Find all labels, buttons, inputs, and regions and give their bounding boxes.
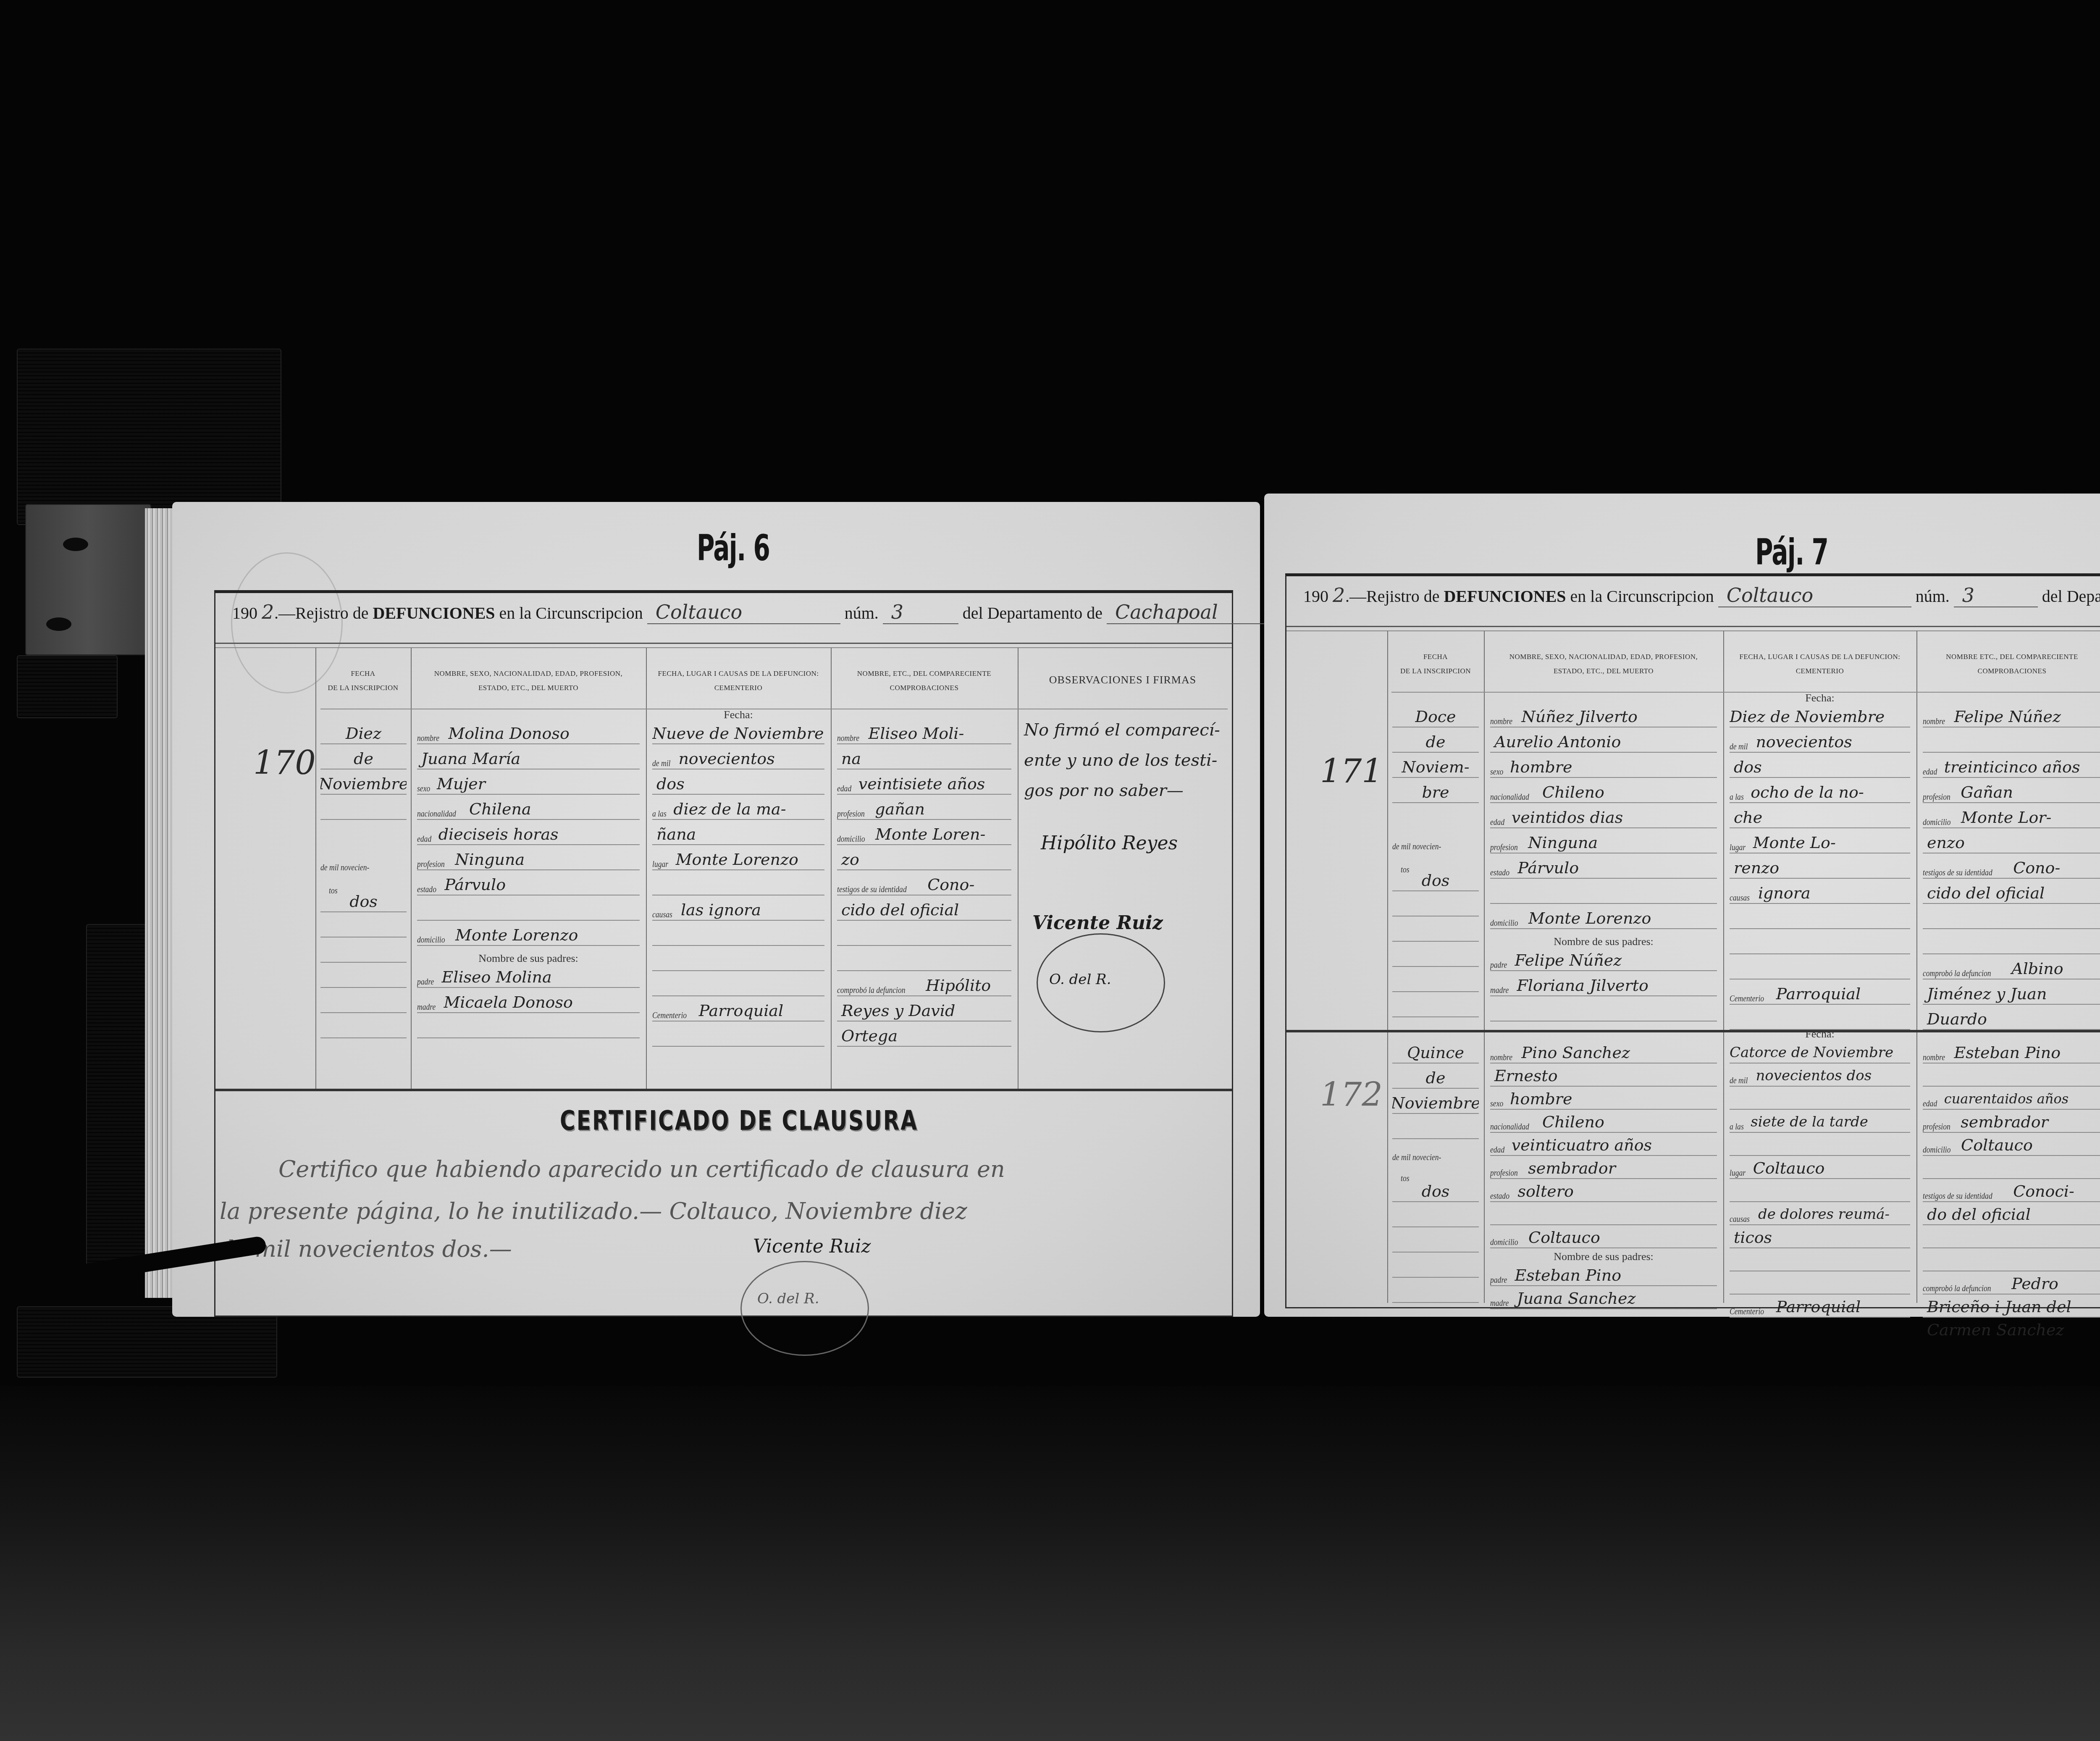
ruled-line: dos	[652, 769, 824, 795]
ruled-line: estadosoltero	[1490, 1177, 1717, 1202]
ruled-line	[1392, 967, 1479, 992]
col-header-defuncion: FECHA, LUGAR I CAUSAS DE LA DEFUNCION: C…	[646, 667, 831, 695]
field-label: a las	[1730, 791, 1744, 802]
entry-divider	[1286, 1030, 2100, 1032]
entry-number: 171	[1320, 753, 1383, 790]
ruled-line: de	[320, 744, 407, 769]
ruled-line	[652, 1021, 824, 1047]
year-handwritten: 2	[1333, 584, 1341, 607]
ruled-line	[1392, 1253, 1479, 1278]
column-divider	[1387, 631, 1388, 1303]
ruled-line	[320, 963, 407, 988]
field-label: sexo	[1490, 766, 1503, 777]
signature-flourish	[740, 1261, 869, 1356]
wooden-clamp-left-upper	[25, 504, 151, 655]
double-rule	[1286, 626, 2100, 631]
column-divider	[315, 648, 316, 1089]
ruled-line	[652, 971, 824, 996]
certificate-line: la presente página, lo he inutilizado.— …	[220, 1198, 967, 1224]
ruled-line: edadcuarentaidos años	[1923, 1085, 2100, 1110]
ruled-line: dos	[320, 887, 407, 912]
col-header-compareciente: NOMBRE ETC., DEL COMPARECIENTE COMPROBAC…	[1916, 650, 2100, 678]
field-label: Cementerio	[1730, 1306, 1764, 1317]
ruled-line	[1730, 954, 1910, 979]
ruled-line	[1923, 904, 2100, 929]
field-label: edad	[417, 833, 431, 844]
certificate-title: CERTIFICADO DE CLAUSURA	[560, 1106, 918, 1137]
field-label: profesion	[1923, 791, 1950, 802]
ruled-line: nombrePino Sanchez	[1490, 1038, 1717, 1064]
ruled-line: de	[1392, 1064, 1479, 1089]
ruled-line: bre	[1392, 778, 1479, 803]
col-header-compareciente: NOMBRE, ETC., DEL COMPARECIENTE COMPROBA…	[831, 667, 1018, 695]
year-handwritten: 2	[262, 601, 270, 623]
ruled-line	[320, 912, 407, 937]
ruled-line: profesionGañan	[1923, 778, 2100, 803]
ruled-line: dos	[1392, 1177, 1479, 1202]
ruled-line: causasde dolores reumá-	[1730, 1200, 1910, 1225]
ruled-line: Doce	[1392, 702, 1479, 727]
field-label: domicilio	[1490, 1237, 1518, 1247]
certificate-line: Certifico que habiendo aparecido un cert…	[278, 1156, 1005, 1182]
ruled-line	[1730, 1131, 1910, 1156]
register-heading: 1902 .—Rejistro de DEFUNCIONES en la Cir…	[232, 601, 1223, 638]
ruled-line: Aurelio Antonio	[1490, 727, 1717, 753]
ruled-line	[1392, 916, 1479, 942]
ruled-line: renzo	[1730, 853, 1910, 879]
field-label: estado	[1490, 867, 1509, 878]
ruled-line	[1730, 1246, 1910, 1271]
ruled-line: lugarColtauco	[1730, 1154, 1910, 1179]
entry-170-observaciones: No firmó el comparecí- ente y uno de los…	[1024, 715, 1226, 1051]
entry-number: 170	[253, 744, 316, 782]
screw-hole	[46, 617, 71, 631]
wooden-board-left-bottom	[17, 1306, 277, 1378]
field-label: testigos de su identidad	[1923, 867, 1992, 878]
field-label: causas	[1730, 892, 1750, 903]
observation-note: No firmó el comparecí- ente y uno de los…	[1024, 715, 1220, 806]
ruled-line: padreEliseo Molina	[417, 963, 640, 988]
field-label: padre	[417, 976, 434, 987]
page-number: Páj. 7	[1755, 531, 1828, 573]
ruled-line	[1730, 1269, 1910, 1295]
field-label: domicilio	[1490, 917, 1518, 928]
ruled-line: do del oficial	[1923, 1200, 2100, 1225]
ruled-line	[1392, 1202, 1479, 1227]
ruled-line: a lasocho de la no-	[1730, 778, 1910, 803]
field-label: nombre	[1490, 716, 1512, 727]
ruled-line: domicilioMonte Lor-	[1923, 803, 2100, 828]
col-header-fecha-inscripcion: FECHA DE LA INSCRIPCION	[315, 667, 411, 695]
field-label: lugar	[652, 859, 668, 869]
wooden-board-left-mid	[17, 655, 118, 718]
ruled-line	[652, 870, 824, 895]
ruled-line: Briceño i Juan del	[1923, 1292, 2100, 1318]
ruled-line: lugarMonte Lo-	[1730, 828, 1910, 853]
ruled-line	[1923, 1223, 2100, 1248]
ruled-line: padreFelipe Núñez	[1490, 946, 1717, 971]
ruled-line: Nueve de Noviembre	[652, 719, 824, 744]
ruled-line: madreMicaela Donoso	[417, 988, 640, 1013]
field-label: profesion	[1490, 842, 1518, 853]
ruled-line: Quince	[1392, 1038, 1479, 1064]
page-right: Páj. 7 SECRETARÍA MUNICIPAL de CACHAPOAL…	[1264, 494, 2100, 1317]
section-divider	[215, 1089, 1232, 1091]
signature-officer: Vicente Ruiz	[1032, 912, 1163, 934]
ruled-line: Duardo	[1923, 1005, 2100, 1030]
ruled-line: enzo	[1923, 828, 2100, 853]
column-divider	[1018, 648, 1018, 1089]
ruled-line: CementerioParroquial	[1730, 1292, 1910, 1318]
entry-number: 172	[1320, 1076, 1383, 1114]
ruled-line: profesionsembrador	[1490, 1154, 1717, 1179]
ruled-line: domicilioMonte Loren-	[837, 820, 1011, 845]
field-label: edad	[1490, 817, 1504, 827]
ruled-line: nombreFelipe Núñez	[1923, 702, 2100, 727]
ruled-line: nacionalidadChileno	[1490, 1108, 1717, 1133]
num-field: 3	[883, 601, 958, 624]
ruled-line	[1490, 879, 1717, 904]
column-divider	[646, 648, 647, 1089]
ruled-line: Diez de Noviembre	[1730, 702, 1910, 727]
ruled-line: na	[837, 744, 1011, 769]
field-label: profesion	[837, 808, 865, 819]
ruled-line: Catorce de Noviembre	[1730, 1038, 1910, 1064]
ruled-line: edadveinticuatro años	[1490, 1131, 1717, 1156]
ruled-line: Reyes y David	[837, 996, 1011, 1021]
col-header-nombre: NOMBRE, SEXO, NACIONALIDAD, EDAD, PROFES…	[1484, 650, 1723, 678]
field-label: domicilio	[1923, 817, 1950, 827]
ruled-line: nacionalidadChilena	[417, 795, 640, 820]
ruled-line: Jiménez y Juan	[1923, 979, 2100, 1005]
field-label: estado	[417, 884, 436, 895]
ruled-line: Noviem-	[1392, 753, 1479, 778]
field-label: madre	[1490, 1297, 1509, 1308]
ruled-line: de milnovecientos	[1730, 727, 1910, 753]
page-number: Páj. 6	[697, 527, 769, 569]
register-heading: 1902 .—Rejistro de DEFUNCIONES en la Cir…	[1303, 584, 2100, 622]
ruled-line	[652, 921, 824, 946]
ruled-line: CementerioParroquial	[652, 996, 824, 1021]
col-header-defuncion: FECHA, LUGAR I CAUSAS DE LA DEFUNCION: C…	[1723, 650, 1916, 678]
field-label: edad	[837, 783, 851, 794]
ruled-line: edaddieciseis horas	[417, 820, 640, 845]
circunscripcion-field: Coltauco	[1718, 584, 1911, 607]
page-left: Páj. 6 1902 .—Rejistro de DEFUNCIONES en…	[172, 502, 1260, 1317]
ruled-line: nombreMolina Donoso	[417, 719, 640, 744]
register-table: 1902 .—Rejistro de DEFUNCIONES en la Cir…	[1285, 573, 2100, 1308]
screw-hole	[63, 538, 88, 551]
field-label: madre	[1490, 985, 1509, 995]
ruled-line	[320, 1013, 407, 1038]
ruled-line: madreFloriana Jilverto	[1490, 971, 1717, 996]
ruled-line: edadtreinticinco años	[1923, 753, 2100, 778]
ruled-line: domicilioMonte Lorenzo	[417, 921, 640, 946]
ruled-line: testigos de su identidadCono-	[837, 870, 1011, 895]
ruled-line: Diez	[320, 719, 407, 744]
ruled-line	[1490, 1200, 1717, 1225]
ruled-line: dos	[1730, 753, 1910, 778]
column-divider	[1484, 631, 1485, 1303]
ruled-line	[1392, 992, 1479, 1017]
field-label: testigos de su identidad	[837, 884, 907, 895]
officer-title: O. del R.	[757, 1290, 819, 1307]
ruled-line: cido del oficial	[837, 895, 1011, 921]
ruled-line: nombreNúñez Jilverto	[1490, 702, 1717, 727]
ruled-line: profesionsembrador	[1923, 1108, 2100, 1133]
column-divider	[831, 648, 832, 1089]
field-label: de mil	[652, 758, 671, 769]
ruled-line	[1923, 1154, 2100, 1179]
circunscripcion-field: Coltauco	[647, 601, 840, 624]
ruled-line	[320, 795, 407, 820]
ruled-line	[1730, 929, 1910, 954]
ruled-line: comprobó la defuncionHipólito	[837, 971, 1011, 996]
ruled-line: profesionNinguna	[1490, 828, 1717, 853]
ruled-line: che	[1730, 803, 1910, 828]
ruled-line: Noviembre	[1392, 1089, 1479, 1114]
ruled-line: Ernesto	[1490, 1061, 1717, 1087]
ruled-line: dos	[1392, 866, 1479, 891]
ruled-line: causaslas ignora	[652, 895, 824, 921]
field-label: sexo	[417, 783, 430, 794]
field-label: domicilio	[837, 833, 865, 844]
table-surface	[0, 1386, 2100, 1741]
ruled-line: profesiongañan	[837, 795, 1011, 820]
ruled-line: sexohombre	[1490, 753, 1717, 778]
officer-title: O. del R.	[1049, 971, 1111, 988]
column-divider	[411, 648, 412, 1089]
field-label: lugar	[1730, 842, 1746, 853]
ruled-line: ticos	[1730, 1223, 1910, 1248]
ruled-line: Ortega	[837, 1021, 1011, 1047]
ruled-line: domicilioMonte Lorenzo	[1490, 904, 1717, 929]
ruled-line: profesionNinguna	[417, 845, 640, 870]
register-table: 1902 .—Rejistro de DEFUNCIONES en la Cir…	[214, 590, 1233, 1317]
ruled-line: nombreEsteban Pino	[1923, 1038, 2100, 1064]
double-rule	[215, 643, 1232, 648]
ruled-line: comprobó la defuncionPedro	[1923, 1269, 2100, 1295]
field-label: padre	[1490, 959, 1507, 970]
ruled-line: causasignora	[1730, 879, 1910, 904]
ruled-line: lugarMonte Lorenzo	[652, 845, 824, 870]
ruled-line: cido del oficial	[1923, 879, 2100, 904]
ruled-line	[1392, 891, 1479, 916]
ruled-line	[1923, 1061, 2100, 1087]
field-label: causas	[652, 909, 672, 920]
ruled-line: sexohombre	[1490, 1085, 1717, 1110]
ruled-line	[1730, 1005, 1910, 1030]
ruled-line: Noviembre	[320, 769, 407, 795]
ruled-line	[1923, 929, 2100, 954]
ruled-line	[652, 946, 824, 971]
ruled-line	[837, 921, 1011, 946]
ruled-line	[1490, 996, 1717, 1021]
ruled-line	[1923, 1246, 2100, 1271]
ruled-line: zo	[837, 845, 1011, 870]
ruled-line: domicilioColtauco	[1490, 1223, 1717, 1248]
ruled-line: Carmen Sanchez	[1923, 1316, 2100, 1340]
field-label: nombre	[417, 733, 439, 743]
ruled-line: de	[1392, 727, 1479, 753]
signature-witness: Hipólito Reyes	[1041, 832, 1178, 854]
ruled-line	[417, 895, 640, 921]
num-field: 3	[1954, 584, 2038, 607]
ruled-line: nacionalidadChileno	[1490, 778, 1717, 803]
ruled-line	[1392, 1114, 1479, 1139]
wooden-board-left-top	[17, 349, 281, 525]
ruled-line	[1392, 1227, 1479, 1253]
ruled-line	[1392, 1278, 1479, 1303]
ruled-line	[1392, 942, 1479, 967]
col-header-fecha-inscripcion: FECHA DE LA INSCRIPCION	[1387, 650, 1484, 678]
field-label: domicilio	[417, 934, 445, 945]
field-label: madre	[417, 1001, 436, 1012]
ruled-line	[1730, 1085, 1910, 1110]
ruled-line: de milnovecientos	[652, 744, 824, 769]
ruled-line: domicilioColtauco	[1923, 1131, 2100, 1156]
wooden-clamp-left-lower	[86, 924, 149, 1268]
ruled-line: edadveintidos dias	[1490, 803, 1717, 828]
field-label: Cementerio	[1730, 993, 1764, 1004]
ruled-line	[320, 937, 407, 963]
col-header-nombre: NOMBRE, SEXO, NACIONALIDAD, EDAD, PROFES…	[411, 667, 646, 695]
ruled-line	[417, 1013, 640, 1038]
field-label: nombre	[1923, 716, 1945, 727]
ruled-line: de milnovecientos dos	[1730, 1061, 1910, 1087]
field-label: Cementerio	[652, 1010, 687, 1021]
ruled-line: estadoPárvulo	[417, 870, 640, 895]
ruled-line: estadoPárvulo	[1490, 853, 1717, 879]
field-label: de mil	[1730, 741, 1748, 752]
ruled-line	[837, 946, 1011, 971]
ruled-line	[1730, 904, 1910, 929]
field-label: nombre	[837, 733, 859, 743]
field-label: nacionalidad	[1490, 791, 1529, 802]
ruled-line: sexoMujer	[417, 769, 640, 795]
ruled-line: nombreEliseo Moli-	[837, 719, 1011, 744]
ruled-line	[1730, 1177, 1910, 1202]
ruled-line: edadveintisiete años	[837, 769, 1011, 795]
field-label: comprobó la defuncion	[1923, 968, 1991, 979]
ruled-line: padreEsteban Pino	[1490, 1261, 1717, 1286]
ruled-line: Juana María	[417, 744, 640, 769]
column-divider	[1723, 631, 1724, 1303]
field-label: profesion	[417, 859, 445, 869]
ruled-line: madreJuana Sanchez	[1490, 1284, 1717, 1309]
ruled-line: CementerioParroquial	[1730, 979, 1910, 1005]
col-header-observaciones: OBSERVACIONES I FIRMAS	[1018, 673, 1228, 687]
field-label: edad	[1923, 766, 1937, 777]
ruled-line	[1923, 727, 2100, 753]
ruled-line	[320, 988, 407, 1013]
certificate-signature: Vicente Ruiz	[753, 1236, 871, 1257]
column-divider	[1916, 631, 1917, 1303]
field-label: a las	[652, 808, 667, 819]
ruled-line: a lassiete de la tarde	[1730, 1108, 1910, 1133]
ruled-line: testigos de su identidadCono-	[1923, 853, 2100, 879]
ruled-line: testigos de su identidadConoci-	[1923, 1177, 2100, 1202]
ruled-line: a lasdiez de la ma-	[652, 795, 824, 820]
field-label: comprobó la defuncion	[837, 985, 906, 995]
ruled-line: comprobó la defuncionAlbino	[1923, 954, 2100, 979]
ruled-line: ñana	[652, 820, 824, 845]
field-label: nacionalidad	[417, 808, 456, 819]
